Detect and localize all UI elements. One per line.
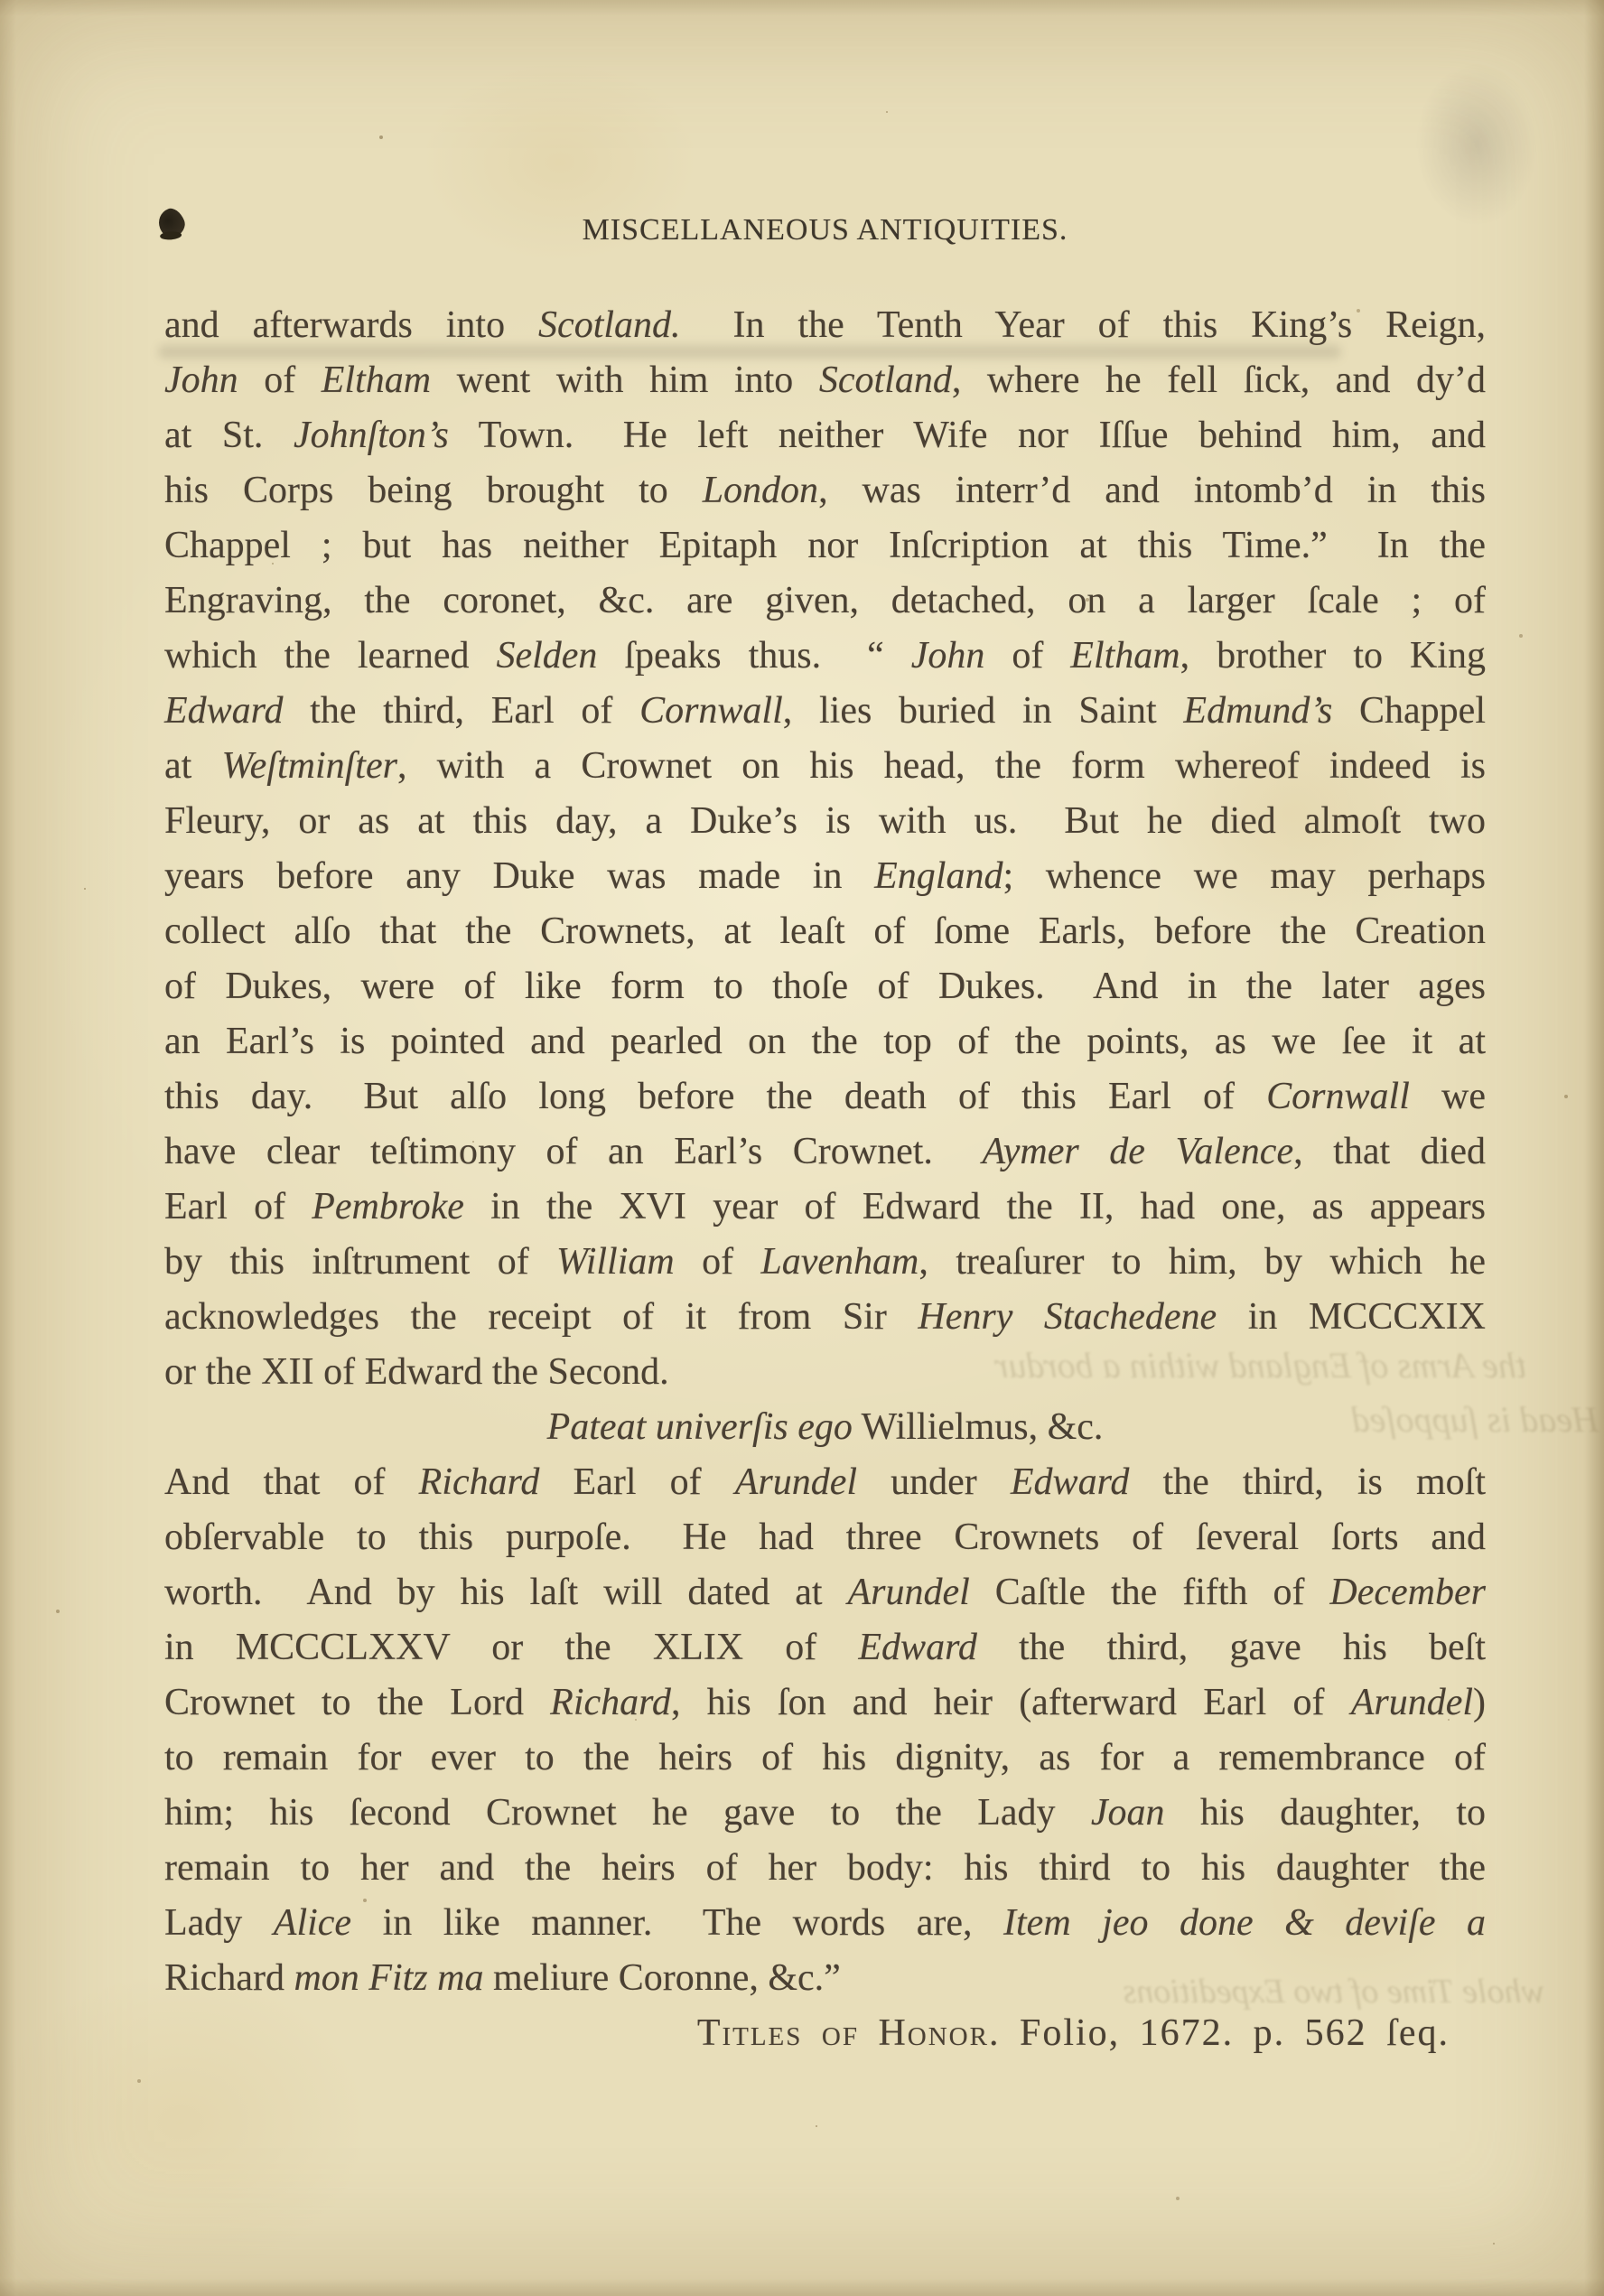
text-run: And that of: [164, 1461, 419, 1503]
text-line: at Weſtminſter, with a Crownet on his he…: [164, 739, 1486, 794]
italic-text: Richard: [550, 1682, 671, 1723]
text-run: Earl of: [164, 1186, 312, 1227]
text-line: which the learned Selden ſpeaks thus. “ …: [164, 629, 1486, 684]
italic-text: Richard: [419, 1461, 540, 1503]
italic-text: Alice: [274, 1902, 351, 1944]
text-run: , brother to King: [1180, 635, 1486, 677]
body-text: and afterwards into Scotland. In the Ten…: [164, 298, 1486, 2061]
text-run: , his ſon and heir (afterward Earl of: [671, 1682, 1351, 1723]
text-run: ; whence we may perhaps: [1002, 855, 1486, 897]
text-line: and afterwards into Scotland. In the Ten…: [164, 298, 1486, 353]
text-run: him; his ſecond Crownet he gave to the L…: [164, 1792, 1091, 1834]
italic-text: Scotland: [819, 359, 952, 401]
italic-text: Joan: [1091, 1792, 1165, 1834]
paper-speckles: [0, 0, 4, 4]
text-run: to remain for ever to the heirs of his d…: [164, 1737, 1486, 1778]
text-run: of Dukes, were of like form to thoſe of …: [164, 966, 1486, 1007]
text-line: years before any Duke was made in Englan…: [164, 849, 1486, 904]
text-run: Folio, 1672. p. 562 ſeq.: [1000, 2012, 1450, 2054]
text-line: or the XII of Edward the Second.: [164, 1345, 1486, 1400]
italic-text: Edmund’s: [1183, 690, 1332, 732]
text-line: John of Eltham went with him into Scotla…: [164, 353, 1486, 408]
text-run: under: [857, 1461, 1011, 1503]
text-line: him; his ſecond Crownet he gave to the L…: [164, 1786, 1486, 1841]
italic-text: John: [911, 635, 985, 677]
text-line: in MCCCLXXV or the XLIX of Edward the th…: [164, 1620, 1486, 1675]
text-run: obſervable to this purpoſe. He had three…: [164, 1517, 1486, 1558]
text-line: of Dukes, were of like form to thoſe of …: [164, 959, 1486, 1014]
text-run: the third, gave his beſt: [977, 1627, 1486, 1668]
italic-text: December: [1329, 1572, 1486, 1613]
text-line: Fleury, or as at this day, a Duke’s is w…: [164, 794, 1486, 849]
italic-text: Lavenham: [760, 1241, 919, 1283]
italic-text: Arundel: [735, 1461, 857, 1503]
citation-line: Titles of Honor. Folio, 1672. p. 562 ſeq…: [164, 2006, 1486, 2061]
text-run: in the XVI year of Edward the II, had on…: [464, 1186, 1486, 1227]
text-run: the third, is moſt: [1129, 1461, 1486, 1503]
text-run: of: [675, 1241, 761, 1283]
italic-text: Cornwall: [639, 690, 783, 732]
text-line: by this inſtrument of William of Lavenha…: [164, 1235, 1486, 1290]
text-run: collect alſo that the Crownets, at leaſt…: [164, 910, 1486, 952]
text-run: years before any Duke was made in: [164, 855, 874, 897]
text-run: Chappel ; but has neither Epitaph nor In…: [164, 525, 1486, 566]
text-line: at St. Johnſton’s Town. He left neither …: [164, 408, 1486, 463]
text-line: this day. But alſo long before the death…: [164, 1069, 1486, 1125]
text-run: Caſtle the fifth of: [970, 1572, 1330, 1613]
text-run: went with him into: [431, 359, 819, 401]
text-line: Lady Alice in like manner. The words are…: [164, 1896, 1486, 1951]
italic-text: Scotland.: [538, 304, 680, 346]
text-line: And that of Richard Earl of Arundel unde…: [164, 1455, 1486, 1510]
italic-text: Cornwall: [1266, 1076, 1410, 1117]
book-page: Miscellaneous Antiquities. the Arms of E…: [0, 0, 1604, 2296]
italic-text: Edward: [858, 1627, 976, 1668]
text-run: or the XII of Edward the Second.: [164, 1351, 669, 1393]
italic-text: William: [556, 1241, 675, 1283]
text-line: Edward the third, Earl of Cornwall, lies…: [164, 684, 1486, 739]
text-line: obſervable to this purpoſe. He had three…: [164, 1510, 1486, 1565]
text-run: , lies buried in Saint: [783, 690, 1184, 732]
text-run: in MCCCLXXV or the XLIX of: [164, 1627, 858, 1668]
text-run: have clear teſtimony of an Earl’s Crowne…: [164, 1131, 982, 1172]
italic-text: Selden: [496, 635, 597, 677]
text-run: and afterwards into: [164, 304, 538, 346]
italic-text: Johnſton’s: [294, 415, 449, 456]
text-run: his Corps being brought to: [164, 470, 703, 511]
italic-text: Edward: [1011, 1461, 1129, 1503]
text-run: acknowledges the receipt of it from Sir: [164, 1296, 918, 1338]
text-run: we: [1410, 1076, 1486, 1117]
text-run: In the Tenth Year of this King’s Reign,: [681, 304, 1486, 346]
text-run: , was interr’d and intomb’d in this: [818, 470, 1486, 511]
text-line: Pateat univerſis ego Willielmus, &c.: [164, 1400, 1486, 1455]
text-line: acknowledges the receipt of it from Sir …: [164, 1290, 1486, 1345]
text-run: of: [984, 635, 1070, 677]
text-run: , with a Crownet on his head, the form w…: [397, 745, 1486, 787]
running-header: Miscellaneous Antiquities.: [164, 213, 1486, 247]
text-run: his daughter, to: [1165, 1792, 1486, 1834]
text-line: remain to her and the heirs of her body:…: [164, 1841, 1486, 1896]
italic-text: Item jeo done & deviſe a: [1003, 1902, 1486, 1944]
text-run: at St.: [164, 415, 294, 456]
text-run: of: [238, 359, 322, 401]
italic-text: London: [703, 470, 818, 511]
text-line: Crownet to the Lord Richard, his ſon and…: [164, 1675, 1486, 1731]
text-run: this day. But alſo long before the death…: [164, 1076, 1266, 1117]
text-line: Earl of Pembroke in the XVI year of Edwa…: [164, 1180, 1486, 1235]
text-line: collect alſo that the Crownets, at leaſt…: [164, 904, 1486, 959]
text-run: at: [164, 745, 222, 787]
text-line: his Corps being brought to London, was i…: [164, 463, 1486, 518]
text-run: the third, Earl of: [283, 690, 639, 732]
text-run: Chappel: [1332, 690, 1486, 732]
text-run: ): [1473, 1682, 1486, 1723]
text-run: Lady: [164, 1902, 274, 1944]
text-run: worth. And by his laſt will dated at: [164, 1572, 848, 1613]
italic-text: Weſtminſter: [222, 745, 397, 787]
italic-text: Edward: [164, 690, 283, 732]
italic-text: Pembroke: [312, 1186, 464, 1227]
text-run: by this inſtrument of: [164, 1241, 556, 1283]
text-run: Titles of Honor.: [697, 2012, 1001, 2054]
text-line: worth. And by his laſt will dated at Aru…: [164, 1565, 1486, 1620]
italic-text: Henry Stachedene: [918, 1296, 1217, 1338]
text-run: Richard: [164, 1957, 294, 1999]
text-run: Town. He left neither Wife nor Iſſue beh…: [449, 415, 1486, 456]
text-run: Earl of: [539, 1461, 734, 1503]
italic-text: Arundel: [1351, 1682, 1473, 1723]
italic-text: John: [164, 359, 238, 401]
text-run: which the learned: [164, 635, 496, 677]
text-line: Chappel ; but has neither Epitaph nor In…: [164, 518, 1486, 574]
italic-text: England: [874, 855, 1002, 897]
text-run: Engraving, the coronet, &c. are given, d…: [164, 580, 1486, 621]
italic-text: Pateat univerſis ego: [547, 1406, 853, 1448]
text-run: , that died: [1293, 1131, 1486, 1172]
text-run: , treaſurer to him, by which he: [919, 1241, 1486, 1283]
italic-text: Arundel: [848, 1572, 970, 1613]
italic-text: mon Fitz ma: [294, 1957, 483, 1999]
text-run: in MCCCXIX: [1217, 1296, 1486, 1338]
text-run: meliure Coronne, &c.”: [483, 1957, 840, 1999]
text-line: an Earl’s is pointed and pearled on the …: [164, 1014, 1486, 1069]
text-line: Engraving, the coronet, &c. are given, d…: [164, 574, 1486, 629]
text-run: Fleury, or as at this day, a Duke’s is w…: [164, 800, 1486, 842]
text-run: , where he fell ſick, and dy’d: [952, 359, 1486, 401]
text-line: to remain for ever to the heirs of his d…: [164, 1731, 1486, 1786]
text-run: remain to her and the heirs of her body:…: [164, 1847, 1486, 1889]
text-run: Crownet to the Lord: [164, 1682, 550, 1723]
text-line: Richard mon Fitz ma meliure Coronne, &c.…: [164, 1951, 1486, 2006]
text-line: have clear teſtimony of an Earl’s Crowne…: [164, 1125, 1486, 1180]
italic-text: Aymer de Valence: [982, 1131, 1293, 1172]
text-run: an Earl’s is pointed and pearled on the …: [164, 1021, 1486, 1062]
italic-text: Eltham: [1070, 635, 1180, 677]
text-run: in like manner. The words are,: [351, 1902, 1003, 1944]
italic-text: Eltham: [322, 359, 431, 401]
text-run: ſpeaks thus. “: [597, 635, 910, 677]
text-run: Willielmus, &c.: [853, 1406, 1104, 1448]
